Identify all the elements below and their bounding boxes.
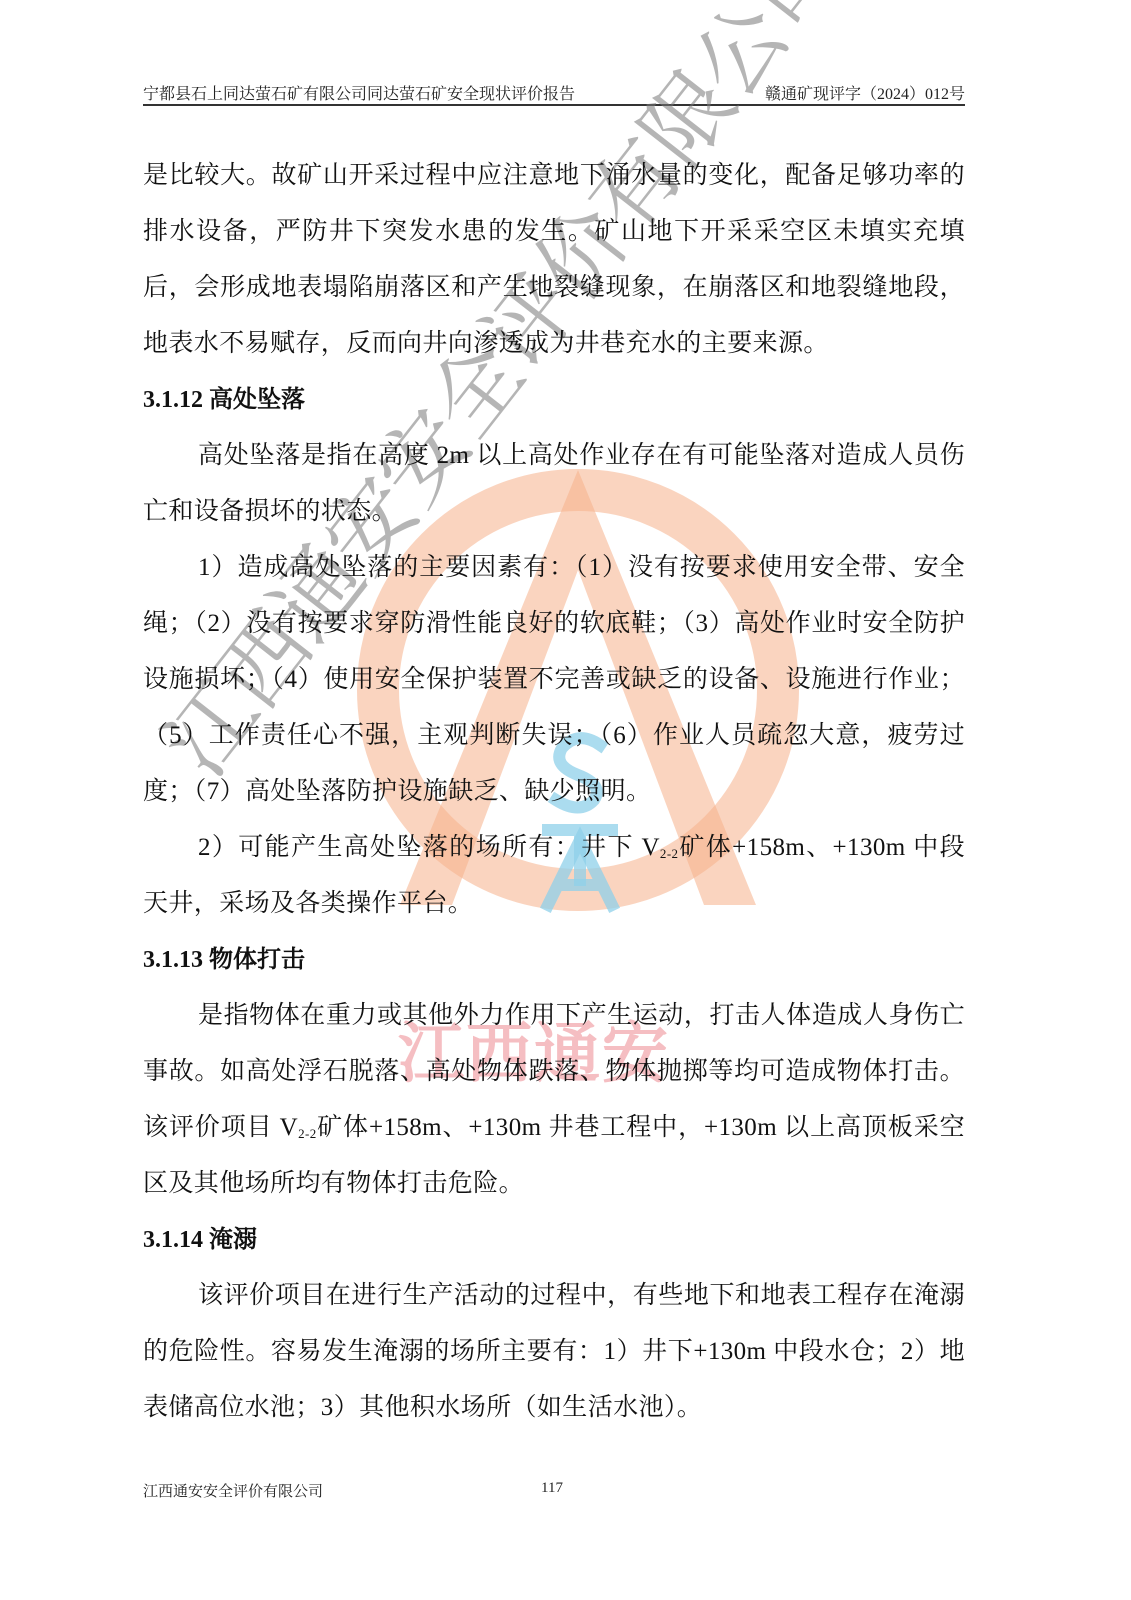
- page-footer: 江西通安安全评价有限公司 117: [143, 1480, 965, 1501]
- footer-company: 江西通安安全评价有限公司: [143, 1484, 323, 1500]
- page-number: 117: [541, 1480, 563, 1497]
- page-header: 宁都县石上同达萤石矿有限公司同达萤石矿安全现状评价报告 赣通矿现评字（2024）…: [143, 76, 965, 104]
- text-span: 2）可能产生高处坠落的场所有：井下 V: [198, 834, 660, 861]
- header-report-number: 赣通矿现评字（2024）012号: [765, 81, 965, 104]
- text-span: 该评价项目 V: [143, 1114, 298, 1141]
- section-heading-falling-from-height: 3.1.12 高处坠落: [143, 372, 965, 428]
- paragraph: 1）造成高处坠落的主要因素有：（1）没有按要求使用安全带、安全绳；（2）没有按要…: [143, 540, 965, 820]
- paragraph: 高处坠落是指在高度 2m 以上高处作业存在有可能坠落对造成人员伤亡和设备损坏的状…: [143, 428, 965, 540]
- document-body: 是比较大。故矿山开采过程中应注意地下涌水量的变化，配备足够功率的排水设备，严防井…: [143, 148, 965, 1436]
- paragraph-continued: 是比较大。故矿山开采过程中应注意地下涌水量的变化，配备足够功率的排水设备，严防井…: [143, 148, 965, 372]
- subscript: 2-2: [298, 1126, 317, 1141]
- paragraph: 该评价项目在进行生产活动的过程中，有些地下和地表工程存在淹溺的危险性。容易发生淹…: [143, 1268, 965, 1436]
- paragraph: 是指物体在重力或其他外力作用下产生运动，打击人体造成人身伤亡事故。如高处浮石脱落…: [143, 988, 965, 1212]
- document-page: 宁都县石上同达萤石矿有限公司同达萤石矿安全现状评价报告 赣通矿现评字（2024）…: [0, 0, 1131, 1600]
- text-span: 是指物体在重力或其他外力作用下产生运动，打击人体造成人身伤亡事故。如高处浮石脱落…: [143, 1002, 965, 1085]
- section-heading-object-strike: 3.1.13 物体打击: [143, 932, 965, 988]
- paragraph: 2）可能产生高处坠落的场所有：井下 V2-2矿体+158m、+130m 中段天井…: [143, 820, 965, 932]
- subscript: 2-2: [660, 846, 679, 861]
- section-heading-drowning: 3.1.14 淹溺: [143, 1212, 965, 1268]
- header-divider: [143, 104, 965, 106]
- header-report-title: 宁都县石上同达萤石矿有限公司同达萤石矿安全现状评价报告: [143, 81, 575, 104]
